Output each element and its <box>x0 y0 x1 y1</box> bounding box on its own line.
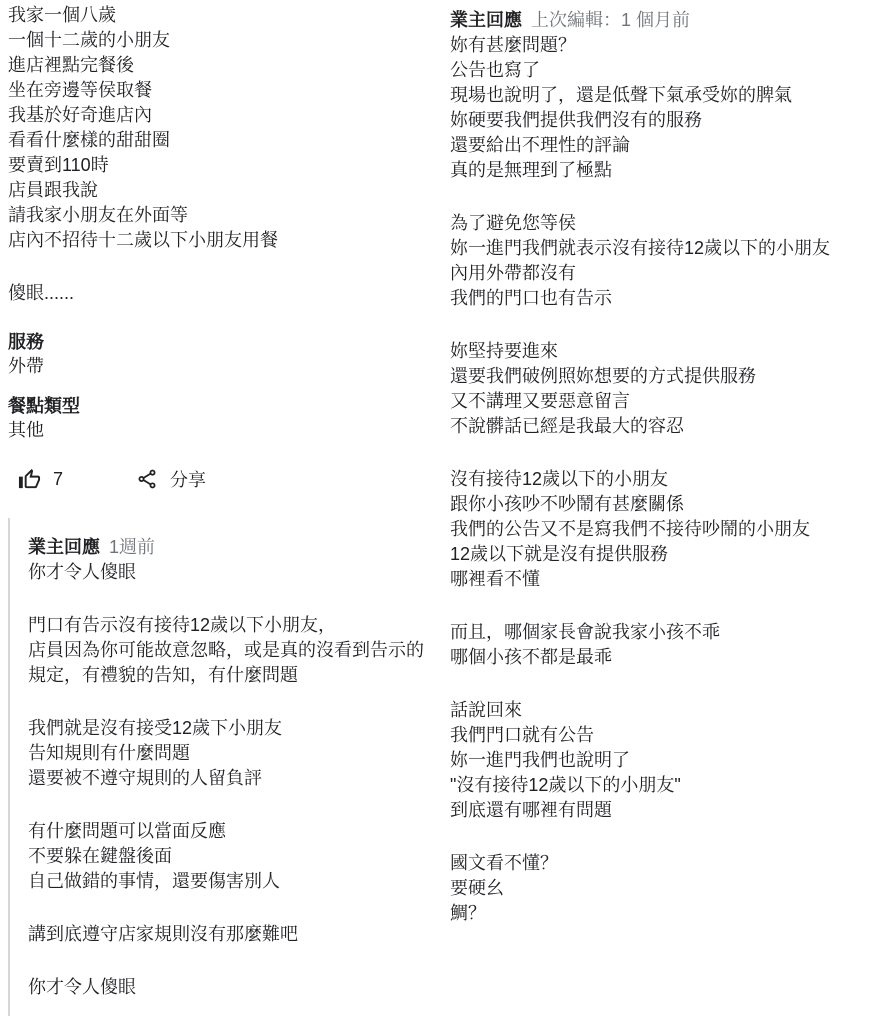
review-attribute-meal-type: 餐點類型 其他 <box>8 394 440 442</box>
owner-response-body: 妳有甚麼問題？ 公告也寫了 現場也說明了，還是低聲下氣承受妳的脾氣 妳硬要我們提… <box>450 33 865 926</box>
response-paragraph: 你才令人傻眼 <box>28 975 440 1000</box>
owner-response-header: 業主回應上次編輯：1 個月前 <box>450 8 865 33</box>
owner-response-author: 業主回應 <box>450 10 522 30</box>
owner-response-author: 業主回應 <box>28 537 100 557</box>
owner-response-column: 業主回應上次編輯：1 個月前 妳有甚麼問題？ 公告也寫了 現場也說明了，還是低聲… <box>450 0 865 926</box>
like-count: 7 <box>53 469 63 490</box>
owner-response-2: 業主回應上次編輯：1 個月前 妳有甚麼問題？ 公告也寫了 現場也說明了，還是低聲… <box>450 8 865 926</box>
meal-type-label: 餐點類型 <box>8 394 440 418</box>
like-button[interactable]: 7 <box>18 468 63 491</box>
review-paragraph: 我家一個八歲 一個十二歲的小朋友 進店裡點完餐後 坐在旁邊等侯取餐 我基於好奇進… <box>8 3 440 253</box>
review-actions: 7 分享 <box>18 466 440 492</box>
owner-response-body: 你才令人傻眼 門口有告示沒有接待12歲以下小朋友， 店員因為你可能故意忽略，或是… <box>28 560 440 1000</box>
response-paragraph: 有什麼問題可以當面反應 不要躲在鍵盤後面 自己做錯的事情，還要傷害別人 <box>28 819 440 894</box>
response-paragraph: 沒有接待12歲以下的小朋友 跟你小孩吵不吵鬧有甚麼關係 我們的公告又不是寫我們不… <box>450 467 865 592</box>
owner-response-1: 業主回應1週前 你才令人傻眼 門口有告示沒有接待12歲以下小朋友， 店員因為你可… <box>8 518 440 1016</box>
response-paragraph: 講到底遵守店家規則沒有那麼難吧 <box>28 922 440 947</box>
review-text: 我家一個八歲 一個十二歲的小朋友 進店裡點完餐後 坐在旁邊等侯取餐 我基於好奇進… <box>8 3 440 306</box>
share-button[interactable]: 分享 <box>135 466 206 492</box>
service-label: 服務 <box>8 330 440 354</box>
response-paragraph: 而且，哪個家長會說我家小孩不乖 哪個小孩不都是最乖 <box>450 620 865 670</box>
review-paragraph: 傻眼...... <box>8 281 440 306</box>
owner-response-timestamp: 上次編輯：1 個月前 <box>531 10 690 30</box>
thumbs-up-icon <box>18 468 41 491</box>
response-paragraph: 妳有甚麼問題？ 公告也寫了 現場也說明了，還是低聲下氣承受妳的脾氣 妳硬要我們提… <box>450 33 865 183</box>
share-label: 分享 <box>170 466 206 492</box>
response-paragraph: 為了避免您等侯 妳一進門我們就表示沒有接待12歲以下的小朋友 內用外帶都沒有 我… <box>450 211 865 311</box>
response-paragraph: 門口有告示沒有接待12歲以下小朋友， 店員因為你可能故意忽略，或是真的沒看到告示… <box>28 613 440 688</box>
response-paragraph: 你才令人傻眼 <box>28 560 440 585</box>
response-paragraph: 國文看不懂？ 要硬幺 鯛？ <box>450 851 865 926</box>
review-column: 我家一個八歲 一個十二歲的小朋友 進店裡點完餐後 坐在旁邊等侯取餐 我基於好奇進… <box>8 0 440 1016</box>
response-paragraph: 話說回來 我們門口就有公告 妳一進門我們也說明了 "沒有接待12歲以下的小朋友"… <box>450 698 865 823</box>
owner-response-timestamp: 1週前 <box>109 537 155 557</box>
share-icon <box>135 468 158 491</box>
response-paragraph: 妳堅持要進來 還要我們破例照妳想要的方式提供服務 又不講理又要惡意留言 不說髒話… <box>450 339 865 439</box>
meal-type-value: 其他 <box>8 418 440 442</box>
response-paragraph: 我們就是沒有接受12歲下小朋友 告知規則有什麼問題 還要被不遵守規則的人留負評 <box>28 716 440 791</box>
owner-response-header: 業主回應1週前 <box>28 535 440 560</box>
review-attribute-service: 服務 外帶 <box>8 330 440 378</box>
service-value: 外帶 <box>8 354 440 378</box>
